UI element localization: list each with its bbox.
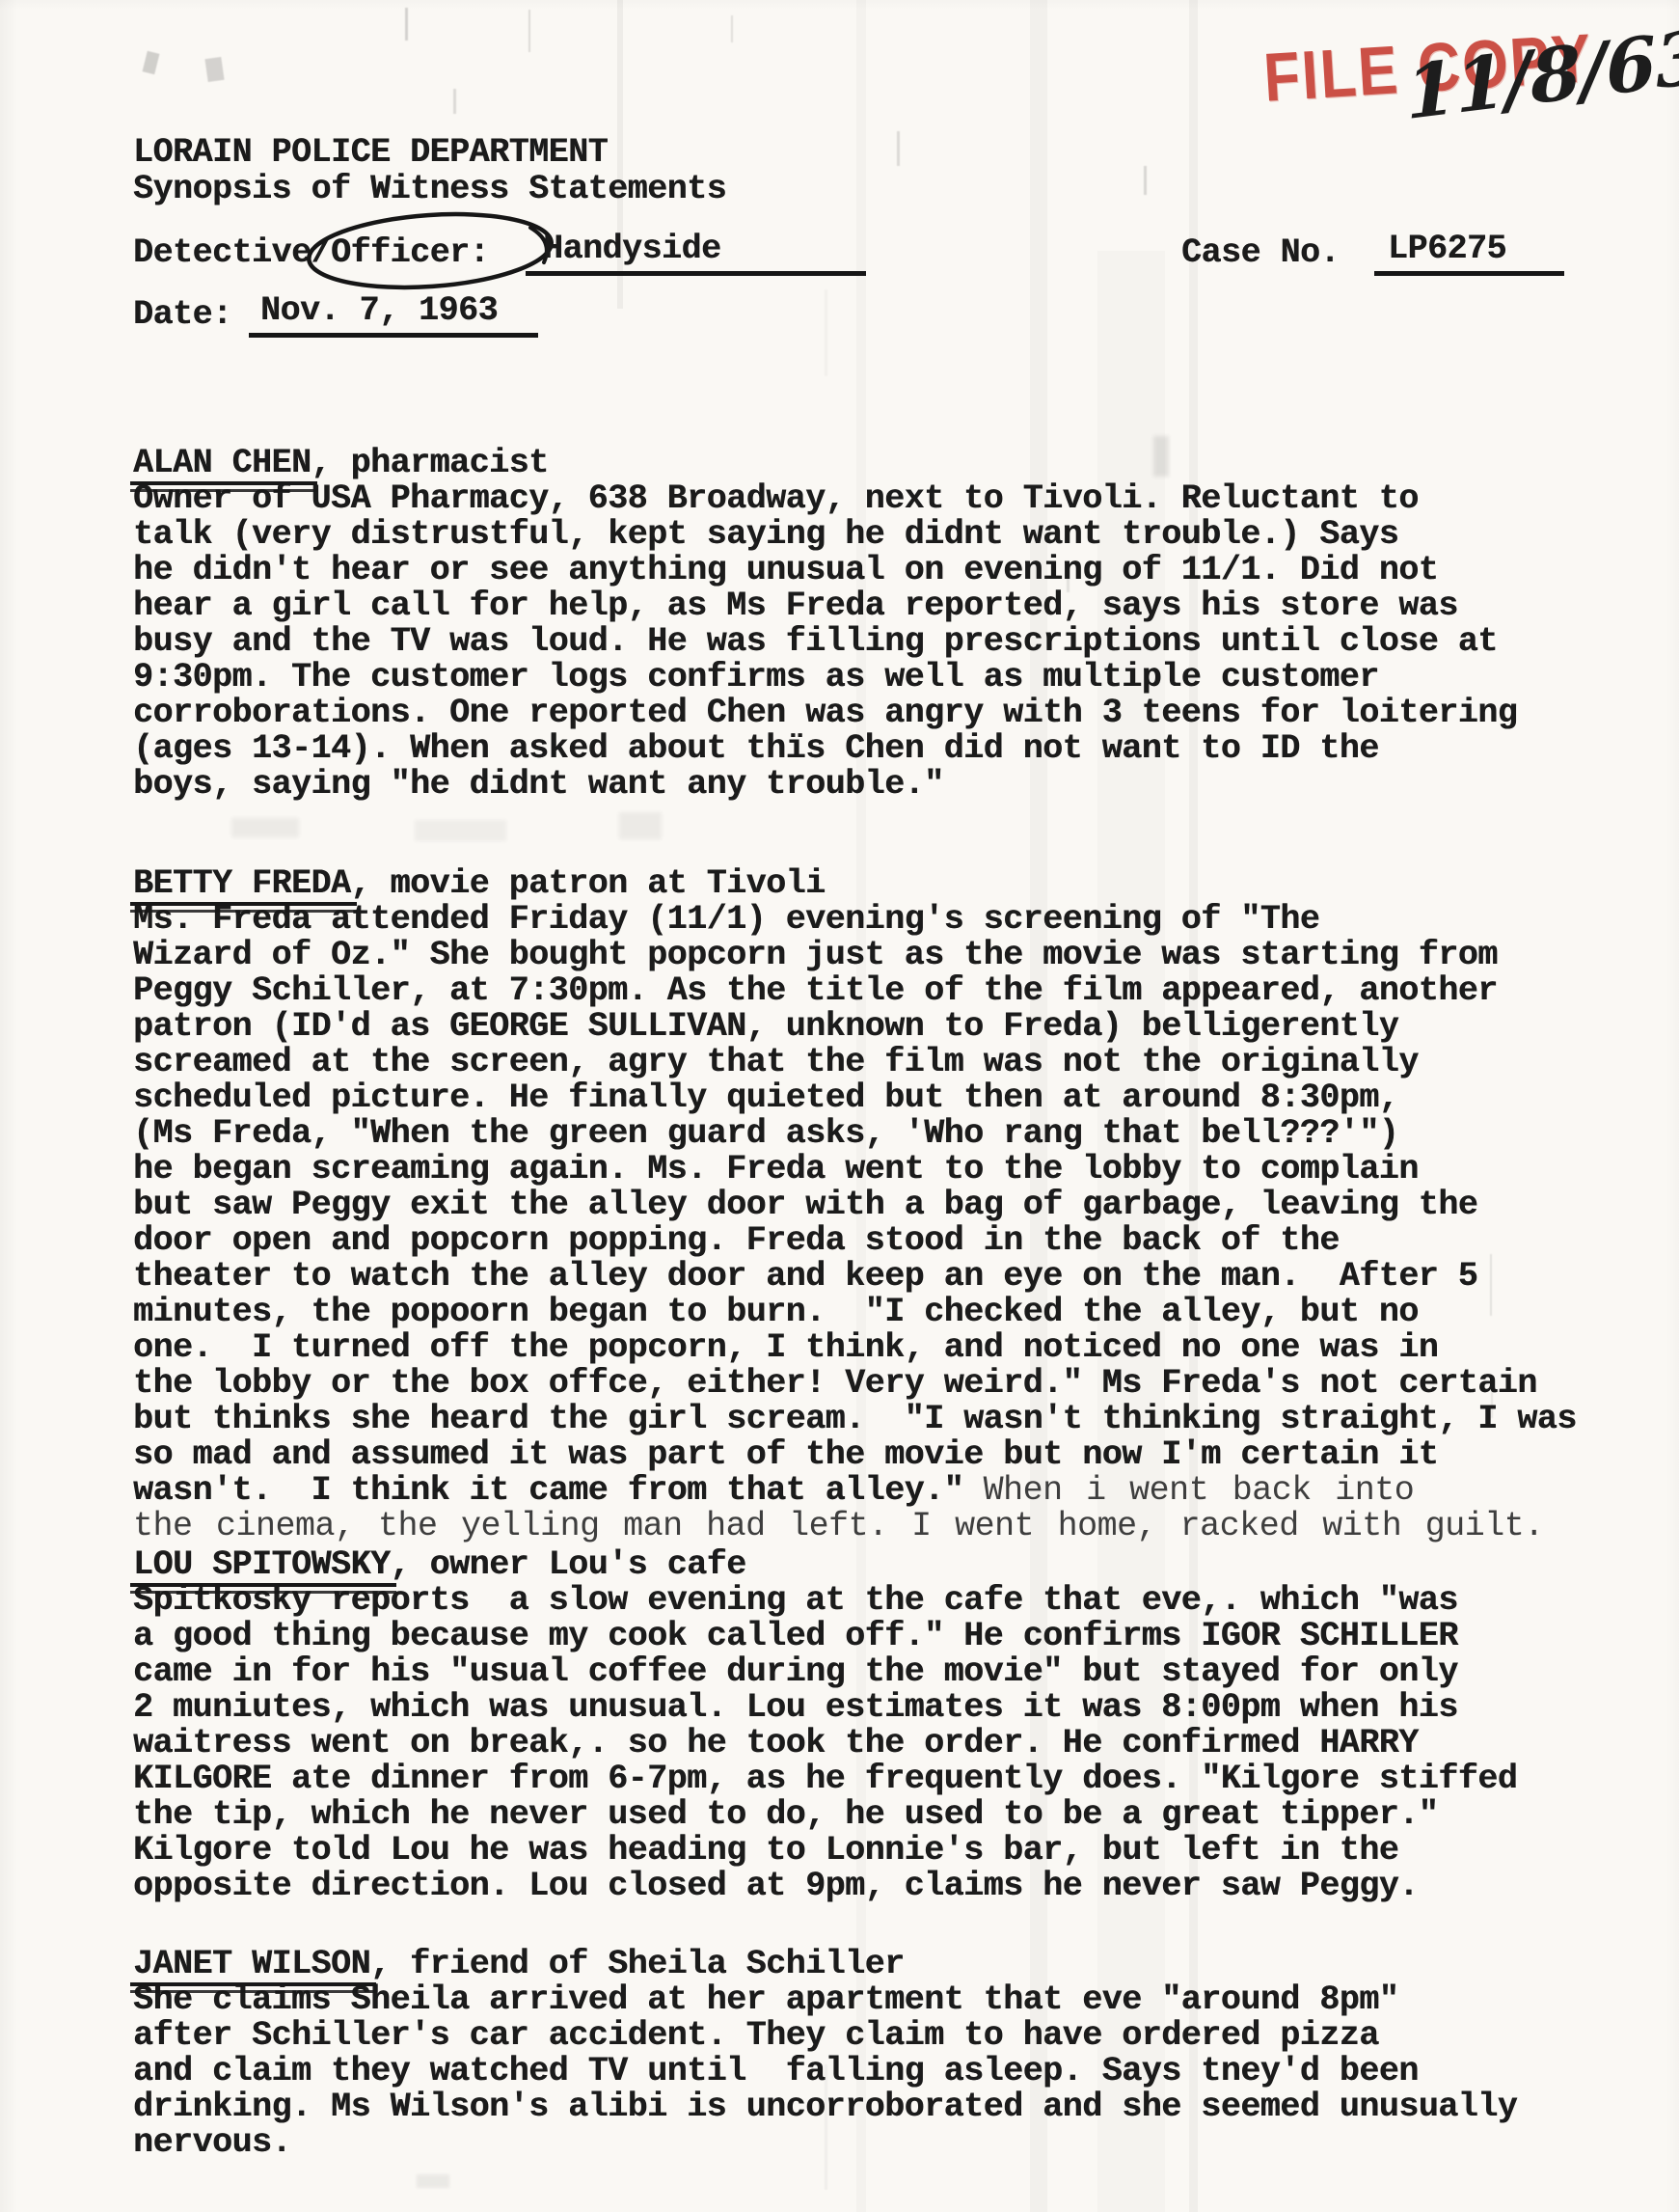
witness-heading: BETTY FREDA, movie patron at Tivoli	[133, 866, 1638, 902]
statement-body: Ms. Freda attended Friday (11/1) evening…	[133, 900, 1577, 1510]
scan-artifact	[417, 2174, 449, 2188]
statement-text: She claims Sheila arrived at her apartme…	[133, 1982, 1638, 2161]
statement-body: Spitkosky reports a slow evening at the …	[133, 1581, 1517, 1905]
witness-heading: LOU SPITOWSKY, owner Lou's cafe	[133, 1547, 1638, 1583]
scan-artifact	[143, 51, 160, 74]
scan-artifact	[897, 131, 900, 166]
officer-label-circled: Officer:	[331, 233, 489, 272]
witness-name: BETTY FREDA	[133, 866, 351, 902]
witness-role: , owner Lou's cafe	[391, 1545, 746, 1584]
scan-artifact	[825, 289, 827, 376]
date-label: Date:	[133, 297, 232, 333]
statement-janet-wilson: JANET WILSON, friend of Sheila Schiller …	[133, 1947, 1638, 2161]
scan-artifact	[231, 818, 299, 837]
statement-text: Ms. Freda attended Friday (11/1) evening…	[133, 902, 1638, 1544]
scan-artifact	[405, 8, 408, 41]
witness-role: , movie patron at Tivoli	[351, 864, 826, 903]
scan-artifact	[204, 57, 224, 82]
date-value: Nov. 7, 1963	[249, 293, 538, 338]
scan-artifact	[731, 15, 733, 42]
statement-alan-chen: ALAN CHEN, pharmacist Owner of USA Pharm…	[133, 446, 1638, 803]
scan-artifact	[453, 89, 456, 114]
scan-artifact	[528, 10, 530, 52]
statement-text: Spitkosky reports a slow evening at the …	[133, 1583, 1638, 1904]
scan-artifact	[619, 812, 662, 839]
statement-betty-freda: BETTY FREDA, movie patron at Tivoli Ms. …	[133, 866, 1638, 1544]
document-title: Synopsis of Witness Statements	[133, 172, 726, 207]
document-page: FILE COPY 11/8/63 LORAIN POLICE DEPARTME…	[0, 0, 1679, 2212]
witness-name: JANET WILSON	[133, 1947, 370, 1982]
statement-body: She claims Sheila arrived at her apartme…	[133, 1980, 1517, 2162]
statement-text: Owner of USA Pharmacy, 638 Broadway, nex…	[133, 481, 1638, 803]
officer-label: Detective/Officer:	[133, 235, 489, 271]
statement-lou-spitowsky: LOU SPITOWSKY, owner Lou's cafe Spitkosk…	[133, 1547, 1638, 1904]
witness-name: LOU SPITOWSKY	[133, 1547, 391, 1583]
scan-artifact	[415, 820, 506, 841]
officer-name-value: Handyside	[526, 232, 866, 276]
witness-heading: JANET WILSON, friend of Sheila Schiller	[133, 1947, 1638, 1982]
witness-role: , friend of Sheila Schiller	[370, 1945, 905, 1983]
case-number-value: LP6275	[1374, 232, 1564, 276]
statement-body: Owner of USA Pharmacy, 638 Broadway, nex…	[133, 479, 1517, 804]
scan-artifact	[1144, 166, 1147, 195]
case-number-label: Case No.	[1181, 235, 1340, 271]
witness-name: ALAN CHEN	[133, 446, 311, 481]
witness-role: , pharmacist	[311, 444, 549, 482]
agency-name: LORAIN POLICE DEPARTMENT	[133, 135, 608, 171]
witness-heading: ALAN CHEN, pharmacist	[133, 446, 1638, 481]
officer-label-prefix: Detective/	[133, 233, 331, 272]
